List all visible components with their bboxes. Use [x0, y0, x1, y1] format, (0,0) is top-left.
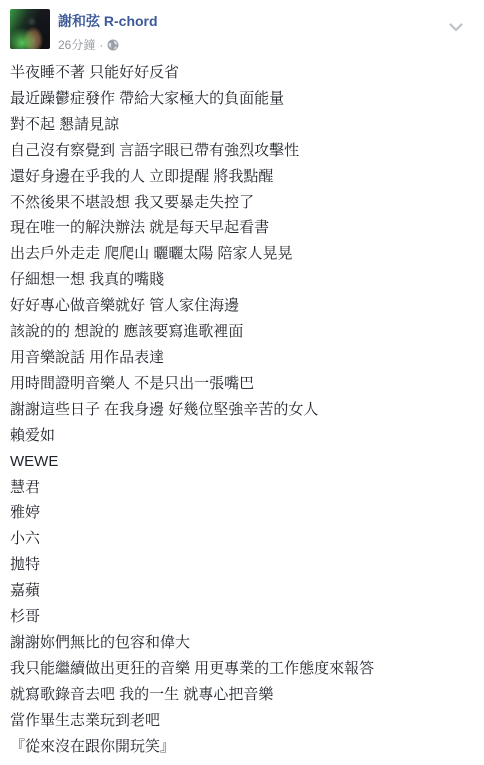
post-header-text: 謝和弦 R-chord 26分鐘 · — [58, 13, 158, 53]
post-line: 還好身邊在乎我的人 立即提醒 將我點醒 — [10, 164, 476, 190]
chevron-down-icon — [449, 19, 463, 37]
post-line: 謝謝這些日子 在我身邊 好幾位堅強辛苦的女人 — [10, 397, 476, 423]
post-line: 就寫歌錄音去吧 我的一生 就專心把音樂 — [10, 682, 476, 708]
post-line: WEWE — [10, 449, 476, 475]
post-line: 我只能繼續做出更狂的音樂 用更專業的工作態度來報答 — [10, 656, 476, 682]
post-line: 仔細想一想 我真的嘴賤 — [10, 267, 476, 293]
post-line: 用時間證明音樂人 不是只出一張嘴巴 — [10, 371, 476, 397]
post-line: 出去戶外走走 爬爬山 曬曬太陽 陪家人晃晃 — [10, 241, 476, 267]
author-name-link[interactable]: 謝和弦 R-chord — [58, 13, 158, 30]
post-line: 該說的的 想說的 應該要寫進歌裡面 — [10, 319, 476, 345]
post-line: 半夜睡不著 只能好好反省 — [10, 60, 476, 86]
author-avatar[interactable] — [10, 9, 50, 49]
post-line: 拋特 — [10, 552, 476, 578]
post-line: 當作畢生志業玩到老吧 — [10, 708, 476, 734]
meta-separator: · — [99, 38, 103, 52]
post-line: 杉哥 — [10, 604, 476, 630]
post-line: 自己沒有察覺到 言語字眼已帶有強烈攻擊性 — [10, 138, 476, 164]
post-meta-row: 26分鐘 · — [58, 36, 158, 53]
post-line: 小六 — [10, 526, 476, 552]
post-body: 半夜睡不著 只能好好反省最近躁鬱症發作 帶給大家極大的負面能量對不起 懇請見諒自… — [10, 60, 476, 759]
post-header: 謝和弦 R-chord 26分鐘 · — [10, 9, 474, 55]
post-options-button[interactable] — [448, 21, 464, 35]
post-line: 用音樂說話 用作品表達 — [10, 345, 476, 371]
post-line: 現在唯一的解決辦法 就是每天早起看書 — [10, 215, 476, 241]
post-line: 好好專心做音樂就好 管人家住海邊 — [10, 293, 476, 319]
post-line: 雅婷 — [10, 500, 476, 526]
post-line: 慧君 — [10, 475, 476, 501]
post-line: 對不起 懇請見諒 — [10, 112, 476, 138]
post-line: 『從來沒在跟你開玩笑』 — [10, 734, 476, 760]
post-line: 不然後果不堪設想 我又要暴走失控了 — [10, 190, 476, 216]
post-line: 賴爱如 — [10, 423, 476, 449]
post-line: 謝謝妳們無比的包容和偉大 — [10, 630, 476, 656]
timestamp-link[interactable]: 26分鐘 — [58, 36, 95, 53]
post-line: 嘉蘋 — [10, 578, 476, 604]
globe-icon — [107, 39, 119, 51]
facebook-post-card: 謝和弦 R-chord 26分鐘 · — [0, 0, 484, 765]
post-line: 最近躁鬱症發作 帶給大家極大的負面能量 — [10, 86, 476, 112]
